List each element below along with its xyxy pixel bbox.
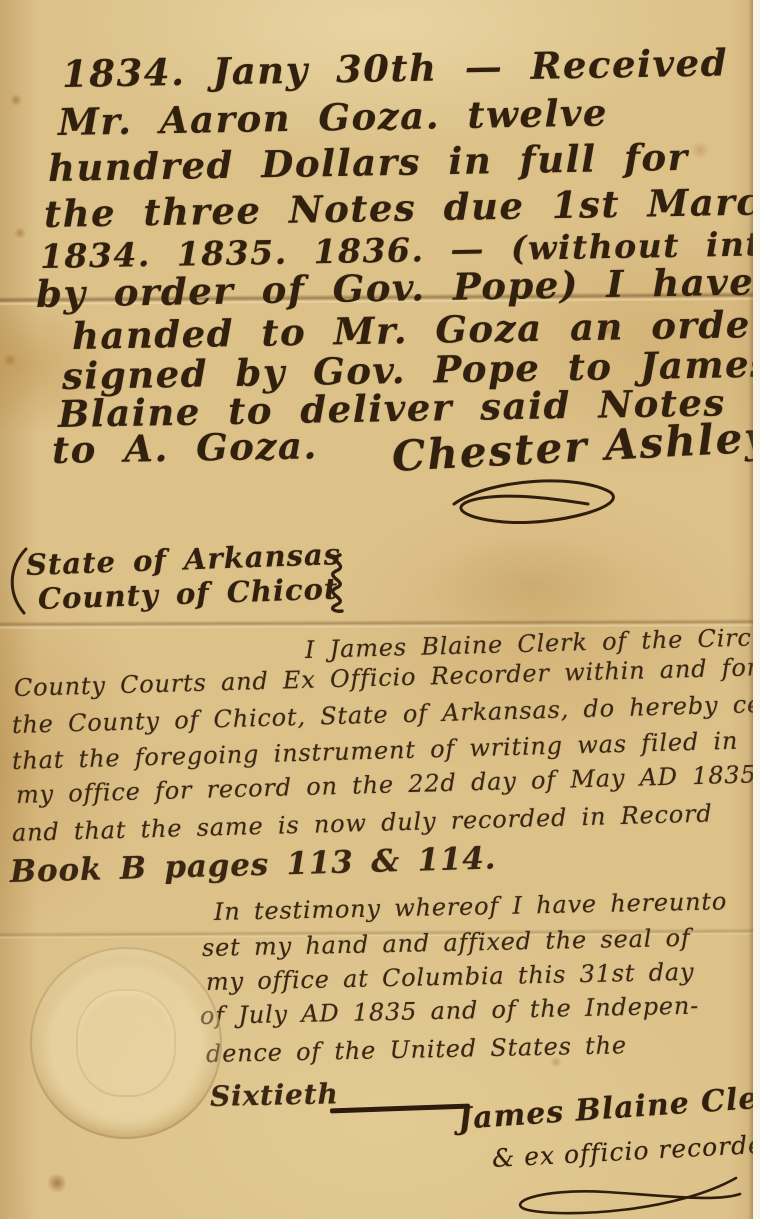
- certification-line: Book B pages 113 & 114.: [9, 840, 496, 890]
- testimony-line: set my hand and affixed the seal of: [202, 924, 691, 962]
- certification-line: and that the same is now duly recorded i…: [12, 799, 713, 847]
- receipt-line: Mr. Aaron Goza. twelve: [58, 90, 609, 144]
- jurisdiction-squiggle-icon: [322, 552, 352, 614]
- signature-title: & ex officio recorder: [491, 1129, 760, 1173]
- testimony-dash-stroke: [330, 1104, 470, 1114]
- embossed-seal-center: [76, 989, 176, 1097]
- testimony-line: In testimony whereof I have hereunto: [214, 887, 728, 926]
- scan-background-edge: [753, 0, 760, 1219]
- signature-james-blaine: James Blaine Clerk: [457, 1078, 760, 1137]
- signature-flourish-icon: [438, 472, 628, 530]
- embossed-seal: [30, 947, 222, 1139]
- scanned-document-page: 1834. Jany 30th — Received of Mr. Aaron …: [0, 0, 760, 1219]
- testimony-line: my office at Columbia this 31st day: [206, 958, 695, 996]
- receipt-line: to A. Goza.: [52, 423, 318, 472]
- clerk-flourish-icon: [506, 1172, 744, 1218]
- receipt-line: 1834. Jany 30th — Received of: [62, 39, 760, 96]
- testimony-line: of July AD 1835 and of the Indepen-: [200, 992, 700, 1030]
- testimony-line: Sixtieth: [210, 1077, 339, 1113]
- testimony-line: dence of the United States the: [206, 1031, 627, 1068]
